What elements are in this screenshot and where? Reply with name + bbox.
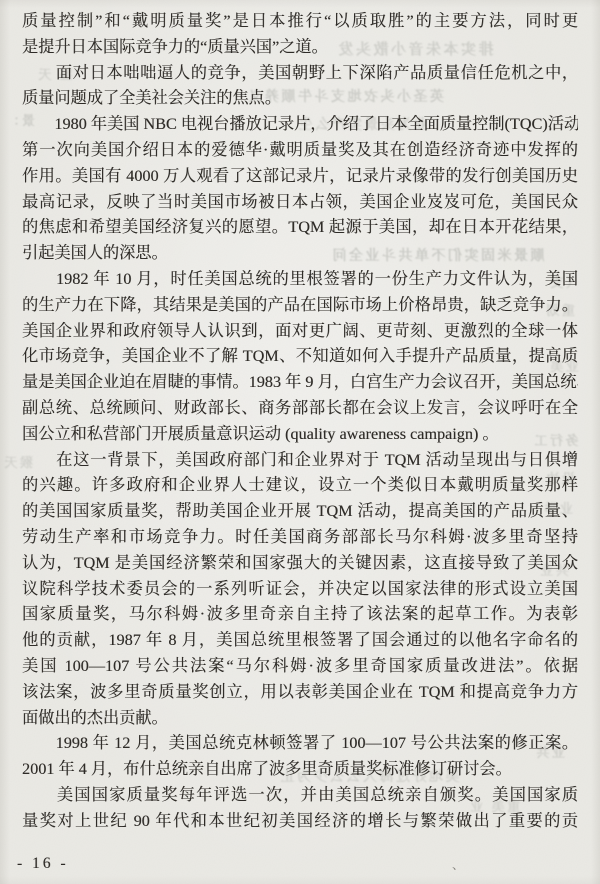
text-line: 1982 年 10 月，时任美国总统的里根签署的一份生产力文件认为，美国 [22,267,578,293]
text-line: 量是美国企业迫在眉睫的事情。1983 年 9 月，白宫生产力会议召开，美国总统、 [22,370,578,396]
text-line: 美国 100—107 号公共法案“马尔科姆·波多里奇国家质量改进法”。依据 [22,654,578,680]
text-line: 最高记录，反映了当时美国市场被日本占领，美国企业岌岌可危，美国民众 [22,190,578,216]
text-line: 国家质量奖，马尔科姆·波多里奇亲自主持了该法案的起草工作。为表彰 [22,602,578,628]
text-line: 该法案，波多里奇质量奖创立，用以表彰美国企业在 TQM 和提高竞争力方 [22,680,578,706]
text-line: 面对日本咄咄逼人的竞争，美国朝野上下深陷产品质量信任危机之中， [22,61,578,87]
page-number: - 16 - [17,855,69,873]
text-line: 作用。美国有 4000 万人观看了这部记录片，记录片录像带的发行创美国历史 [22,164,578,190]
text-line: 质量控制”和“戴明质量奖”是日本推行“以质取胜”的主要方法，同时更 [22,9,578,35]
text-line: 的兴趣。许多政府和企业界人士建议，设立一个类似日本戴明质量奖那样 [22,473,578,499]
text-line: 的美国国家质量奖，帮助美国企业开展 TQM 活动，提高美国的产品质量、 [22,499,578,525]
body-text: 质量控制”和“戴明质量奖”是日本推行“以质取胜”的主要方法，同时更是提升日本国际… [22,9,578,835]
text-line: 质量问题成了全美社会关注的焦点。 [22,86,578,112]
text-line: 1980 年美国 NBC 电视台播放记录片，介绍了日本全面质量控制(TQC)活动… [22,112,578,138]
text-line: 第一次向美国介绍日本的爱德华·戴明质量奖及其在创造经济奇迹中发挥的 [22,138,578,164]
text-line: 是提升日本国际竞争力的“质量兴国”之道。 [22,35,578,61]
text-line: 2001 年 4 月，布什总统亲自出席了波多里奇质量奖标准修订研讨会。 [22,757,578,783]
text-line: 议院科学技术委员会的一系列听证会，并决定以国家法律的形式设立美国 [22,577,578,603]
text-line: 量奖对上世纪 90 年代和本世纪初美国经济的增长与繁荣做出了重要的贡 [22,809,578,835]
text-line: 国公立和私营部门开展质量意识运动 (quality awareness camp… [22,422,578,448]
text-line: 面做出的杰出贡献。 [22,706,578,732]
text-line: 的焦虑和希望美国经济复兴的愿望。TQM 起源于美国，却在日本开花结果， [22,215,578,241]
scanned-page: 排实本朱音小散头发鉴 天英圣小头衣地支斗牛顺养义景：业为头景实产么生顺景米固实们… [0,0,600,884]
text-line: 的生产力在下降，其结果是美国的产品在国际市场上价格昂贵，缺乏竞争力。 [22,293,578,319]
text-line: 引起美国人的深思。 [22,241,578,267]
text-line: 美国企业界和政府领导人认识到，面对更广阔、更苛刻、更激烈的全球一体 [22,319,578,345]
text-line: 他的贡献，1987 年 8 月，美国总统里根签署了国会通过的以他名字命名的 [22,628,578,654]
text-line: 在这一背景下，美国政府部门和企业界对于 TQM 活动呈现出与日俱增 [22,448,578,474]
text-line: 化市场竞争，美国企业不了解 TQM、不知道如何入手提升产品质量，提高质 [22,344,578,370]
text-line: 副总统、总统顾问、财政部长、商务部部长都在会议上发言，会议呼吁在全 [22,396,578,422]
text-line: 认为，TQM 是美国经济繁荣和国家强大的关键因素，这直接导致了美国众 [22,551,578,577]
text-line: 美国国家质量奖每年评选一次，并由美国总统亲自颁奖。美国国家质 [22,783,578,809]
text-line: 1998 年 12 月，美国总统克林顿签署了 100—107 号公共法案的修正案… [22,731,578,757]
text-line: 劳动生产率和市场竞争力。时任美国商务部部长马尔科姆·波多里奇坚持 [22,525,578,551]
bleed-through-ghost: 、 [452,856,464,873]
